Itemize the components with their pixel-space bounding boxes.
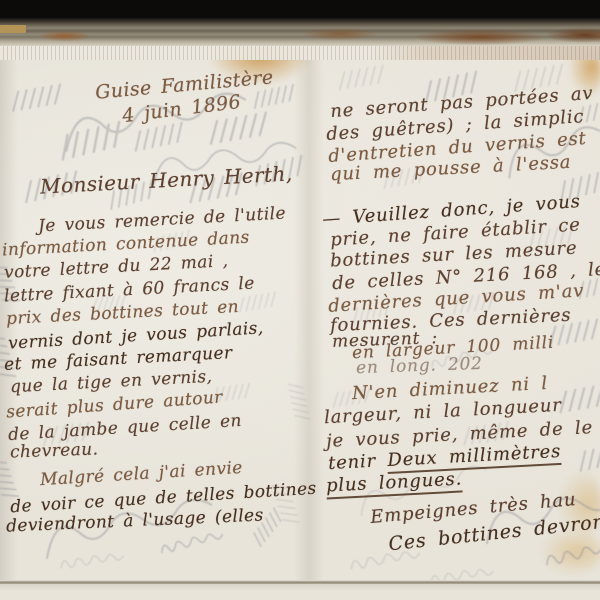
book-page-edges <box>0 18 600 46</box>
page-tab <box>0 25 26 33</box>
handwriting-line: chevreau. <box>10 439 99 462</box>
under-page-edge <box>0 584 600 600</box>
letterbook-photo: Guise Familistère 4 juin 1896 Monsieur H… <box>0 0 600 600</box>
handwriting-segment: tenir <box>328 450 388 474</box>
